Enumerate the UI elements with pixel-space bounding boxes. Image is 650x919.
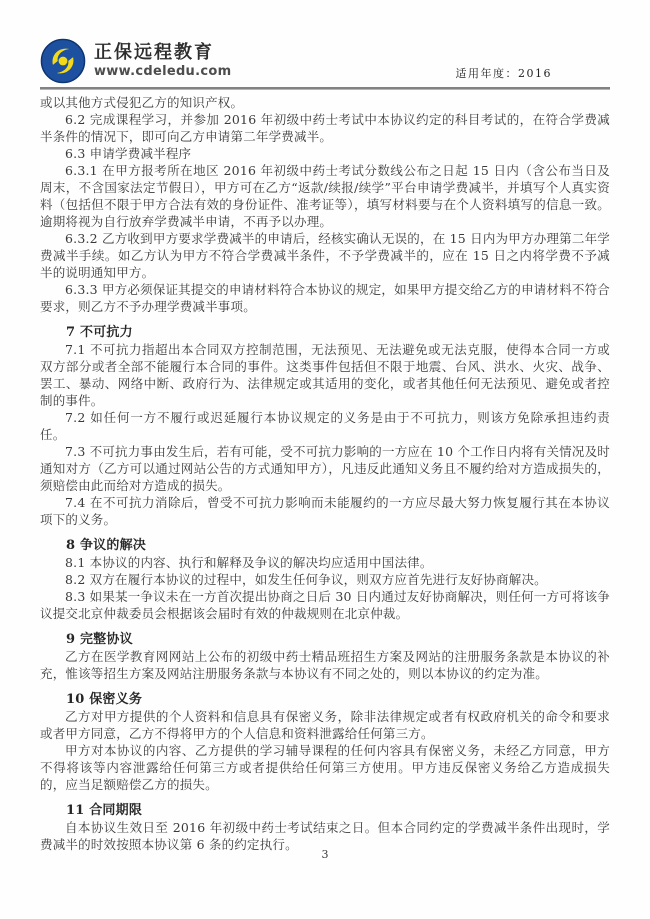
page-header: 正保远程教育 www.cdeledu.com 适用年度：2016: [40, 30, 610, 84]
applicable-year-label: 适用年度：2016: [456, 65, 553, 84]
brand-text: 正保远程教育 www.cdeledu.com: [94, 42, 231, 80]
company-logo-icon: [40, 38, 86, 84]
document-page: 正保远程教育 www.cdeledu.com 适用年度：2016 或以其他方式侵…: [0, 0, 650, 919]
brand-website: www.cdeledu.com: [94, 64, 231, 80]
contract-clause: 乙方对甲方提供的个人资料和信息具有保密义务，除非法律规定或者有权政府机关的命令和…: [40, 708, 610, 742]
brand-name: 正保远程教育: [94, 42, 231, 64]
section-heading: 9 完整协议: [40, 631, 610, 648]
section-heading: 10 保密义务: [40, 691, 610, 708]
contract-clause: 7.3 不可抗力事由发生后，若有可能，受不可抗力影响的一方应在 10 个工作日内…: [40, 443, 610, 494]
contract-clause: 6.3 申请学费减半程序: [40, 145, 610, 162]
contract-clause: 甲方对本协议的内容、乙方提供的学习辅导课程的任何内容具有保密义务，未经乙方同意，…: [40, 742, 610, 793]
page-footer: 3: [0, 848, 650, 861]
section-heading: 11 合同期限: [40, 802, 610, 819]
contract-clause: 6.2 完成课程学习，并参加 2016 年初级中药士考试中本协议约定的科目考试的…: [40, 111, 610, 145]
contract-clause: 8.1 本协议的内容、执行和解释及争议的解决均应适用中国法律。: [40, 554, 610, 571]
contract-clause: 或以其他方式侵犯乙方的知识产权。: [40, 94, 610, 111]
contract-clause: 6.3.2 乙方收到甲方要求学费减半的申请后，经核实确认无误的，在 15 日内为…: [40, 230, 610, 281]
contract-clause: 6.3.3 甲方必须保证其提交的申请材料符合本协议的规定，如果甲方提交给乙方的申…: [40, 281, 610, 315]
brand-block: 正保远程教育 www.cdeledu.com: [40, 38, 231, 84]
contract-clause: 7.1 不可抗力指超出本合同双方控制范围，无法预见、无法避免或无法克服，使得本合…: [40, 341, 610, 409]
header-divider: [40, 87, 610, 90]
contract-clause: 7.2 如任何一方不履行或迟延履行本协议规定的义务是由于不可抗力，则该方免除承担…: [40, 409, 610, 443]
contract-clause: 8.3 如果某一争议未在一方首次提出协商之日后 30 日内通过友好协商解决，则任…: [40, 588, 610, 622]
contract-clause: 6.3.1 在甲方报考所在地区 2016 年初级中药士考试分数线公布之日起 15…: [40, 162, 610, 230]
contract-clause: 乙方在医学教育网网站上公布的初级中药士精品班招生方案及网站的注册服务条款是本协议…: [40, 648, 610, 682]
page-number: 3: [322, 848, 329, 861]
section-heading: 7 不可抗力: [40, 324, 610, 341]
contract-clause: 8.2 双方在履行本协议的过程中，如发生任何争议，则双方应首先进行友好协商解决。: [40, 571, 610, 588]
contract-clause: 7.4 在不可抗力消除后，曾受不可抗力影响而未能履约的一方应尽最大努力恢复履行其…: [40, 494, 610, 528]
contract-body: 或以其他方式侵犯乙方的知识产权。6.2 完成课程学习，并参加 2016 年初级中…: [40, 94, 610, 853]
section-heading: 8 争议的解决: [40, 537, 610, 554]
